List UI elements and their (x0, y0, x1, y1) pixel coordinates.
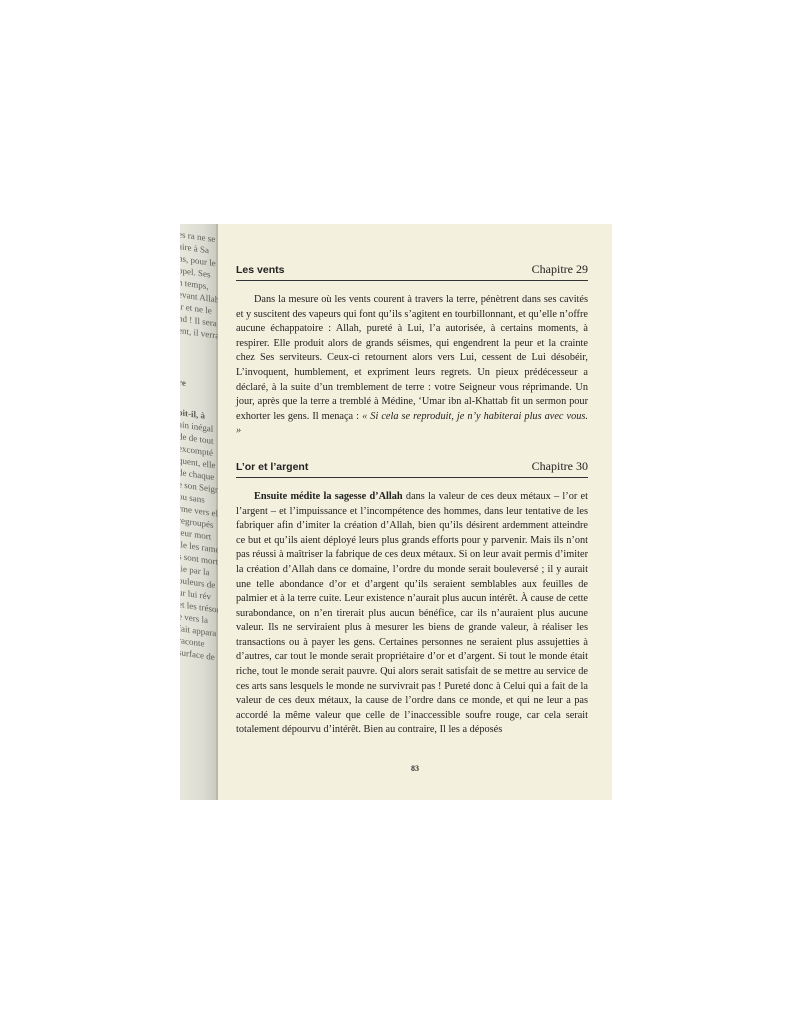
left-page-edge: es ra ne se aire à Sa ns, pour le ppel. … (180, 224, 218, 800)
paragraph-text: dans la valeur de ces deux métaux – l’or… (236, 491, 588, 736)
section-header: L’or et l’argent Chapitre 30 (236, 459, 588, 478)
section-title: L’or et l’argent (236, 461, 308, 473)
section-les-vents: Les vents Chapitre 29 Dans la mesure où … (236, 262, 588, 439)
section-or-et-argent: L’or et l’argent Chapitre 30 Ensuite méd… (236, 459, 588, 738)
page-number: 83 (218, 764, 612, 773)
fragment-heading: re (180, 376, 186, 389)
section-header: Les vents Chapitre 29 (236, 262, 588, 281)
paragraph-text: Dans la mesure où les vents courent à tr… (236, 294, 588, 422)
section-paragraph: Dans la mesure où les vents courent à tr… (236, 293, 588, 439)
left-page-heading: re (180, 376, 186, 388)
section-title: Les vents (236, 264, 284, 276)
left-page-fragments-top: es ra ne se aire à Sa ns, pour le ppel. … (180, 228, 218, 336)
lead-bold-text: Ensuite médite la sagesse d’Allah (254, 491, 403, 502)
page-content: Les vents Chapitre 29 Dans la mesure où … (236, 262, 588, 738)
section-paragraph: Ensuite médite la sagesse d’Allah dans l… (236, 490, 588, 738)
chapter-label: Chapitre 29 (532, 262, 588, 277)
book-photo: es ra ne se aire à Sa ns, pour le ppel. … (180, 224, 612, 800)
chapter-label: Chapitre 30 (532, 459, 588, 474)
right-page: Les vents Chapitre 29 Dans la mesure où … (218, 224, 612, 800)
left-page-fragments-bottom: oit-il, à ain inégal de de tout excompté… (180, 406, 218, 658)
